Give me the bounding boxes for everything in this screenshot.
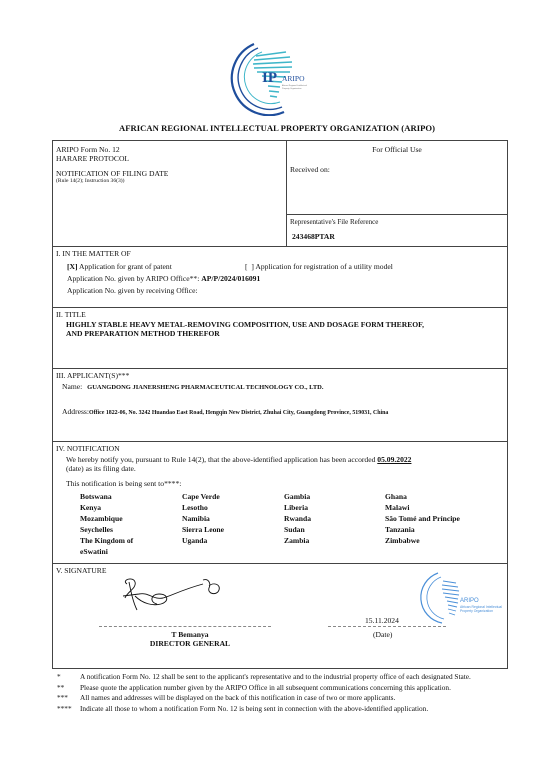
footnote-text: A notification Form No. 12 shall be sent…	[80, 672, 471, 681]
rep-ref-label: Representative's File Reference	[290, 218, 508, 227]
date-label: (Date)	[373, 630, 392, 639]
section-3-label: III. APPLICANT(S)***	[56, 371, 129, 380]
svg-text:African Regional Intellectual: African Regional Intellectual	[282, 84, 307, 87]
official-use-label: For Official Use	[287, 141, 507, 154]
section-1-label: I. IN THE MATTER OF	[56, 249, 131, 258]
rep-ref-value: 243468PTAR	[290, 232, 508, 241]
utility-option-label: Application for registration of a utilit…	[255, 262, 393, 271]
country: Sudan	[284, 524, 385, 535]
section-2-label: II. TITLE	[56, 310, 86, 319]
svg-text:ARIPO: ARIPO	[460, 598, 479, 604]
notification-form: ARIPO Form No. 12 HARARE PROTOCOL NOTIFI…	[52, 140, 508, 669]
section-signature: V. SIGNATURE T Bemanya DIRECTOR GENERAL …	[53, 563, 507, 669]
document-title: NOTIFICATION OF FILING DATE	[56, 169, 286, 178]
country: Namibia	[182, 513, 284, 524]
country: Cape Verde	[182, 491, 284, 502]
form-header-left: ARIPO Form No. 12 HARARE PROTOCOL NOTIFI…	[53, 141, 286, 246]
country: Seychelles	[80, 524, 182, 535]
country: Lesotho	[182, 502, 284, 513]
signature-date: 15.11.2024	[365, 616, 399, 625]
country: Botswana	[80, 491, 182, 502]
country: Gambia	[284, 491, 385, 502]
invention-title-line-1: HIGHLY STABLE HEAVY METAL-REMOVING COMPO…	[66, 320, 424, 329]
section-title: II. TITLE HIGHLY STABLE HEAVY METAL-REMO…	[53, 307, 507, 368]
notification-text: We hereby notify you, pursuant to Rule 1…	[66, 455, 375, 464]
footnote: ** Please quote the application number g…	[0, 683, 554, 693]
footnote-mark: **	[57, 683, 64, 693]
footnote-mark: ****	[57, 704, 72, 714]
aripo-logo-icon: IP ARIPO African Regional Intellectual P…	[224, 38, 324, 116]
invention-title-line-2: AND PREPARATION METHOD THEREFOR	[66, 329, 220, 338]
country: The Kingdom of eSwatini	[80, 535, 150, 557]
svg-text:IP: IP	[262, 70, 277, 86]
country: Zambia	[284, 535, 385, 557]
notification-text-end: (date) as its filing date.	[66, 464, 136, 473]
aripo-app-no-label: Application No. given by ARIPO Office**:	[67, 274, 199, 283]
patent-option-label: Application for grant of patent	[79, 262, 172, 271]
applicant-name-value: GUANGDONG JIANERSHENG PHARMACEUTICAL TEC…	[87, 384, 323, 391]
signature-line	[99, 626, 271, 627]
rule-reference: (Rule 14(2); Instruction 36(3))	[56, 178, 286, 184]
applicant-address-value: Office 1822-06, No. 3242 Huandao East Ro…	[89, 410, 388, 416]
footnote: **** Indicate all those to whom a notifi…	[0, 704, 554, 714]
filing-date: 05.09.2022	[377, 455, 411, 464]
patent-checkbox: [X]	[67, 262, 78, 271]
section-5-label: V. SIGNATURE	[56, 566, 107, 575]
svg-text:Property Organization: Property Organization	[460, 609, 493, 613]
country: Tanzania	[385, 524, 500, 535]
country: Uganda	[182, 535, 284, 557]
sent-to-label: This notification is being sent to****:	[66, 479, 181, 488]
signatory-title: DIRECTOR GENERAL	[135, 639, 245, 648]
country: Sierra Leone	[182, 524, 284, 535]
receiving-app-no-label: Application No. given by receiving Offic…	[67, 286, 198, 295]
designated-states-list: Botswana Cape Verde Gambia Ghana Kenya L…	[80, 491, 500, 557]
official-use-box: For Official Use Received on: Representa…	[286, 141, 507, 246]
signatory-name: T Bemanya	[135, 630, 245, 639]
aripo-stamp-icon: ARIPO African Regional Intellectual Prop…	[416, 569, 508, 627]
aripo-app-no-value: AP/P/2024/016091	[201, 274, 260, 283]
section-notification: IV. NOTIFICATION We hereby notify you, p…	[53, 441, 507, 563]
protocol: HARARE PROTOCOL	[56, 154, 286, 163]
org-title: AFRICAN REGIONAL INTELLECTUAL PROPERTY O…	[0, 123, 554, 133]
applicant-address-label: Address:	[62, 407, 89, 416]
country: São Tomé and Príncipe	[385, 513, 500, 524]
footnote-mark: *	[57, 672, 61, 682]
footnotes: * A notification Form No. 12 shall be se…	[0, 672, 554, 713]
signature-image	[119, 574, 239, 614]
country: Zimbabwe	[385, 535, 500, 557]
country: Malawi	[385, 502, 500, 513]
footnote-text: Indicate all those to whom a notificatio…	[80, 704, 428, 713]
footnote-text: Please quote the application number give…	[80, 683, 451, 692]
section-applicants: III. APPLICANT(S)*** Name: GUANGDONG JIA…	[53, 368, 507, 441]
footnote: *** All names and addresses will be disp…	[0, 693, 554, 703]
country: Ghana	[385, 491, 500, 502]
country: Liberia	[284, 502, 385, 513]
country: Mozambique	[80, 513, 182, 524]
country: Kenya	[80, 502, 182, 513]
section-in-the-matter-of: I. IN THE MATTER OF [X] Application for …	[53, 246, 507, 307]
country: Rwanda	[284, 513, 385, 524]
footnote-text: All names and addresses will be displaye…	[80, 693, 395, 702]
rep-ref-box: Representative's File Reference 243468PT…	[287, 214, 508, 246]
received-on-label: Received on:	[290, 165, 330, 174]
svg-text:ARIPO: ARIPO	[282, 74, 305, 83]
footnote-mark: ***	[57, 693, 68, 703]
footnote: * A notification Form No. 12 shall be se…	[0, 672, 554, 682]
svg-text:Property Organization: Property Organization	[282, 87, 301, 90]
form-number: ARIPO Form No. 12	[56, 145, 286, 154]
section-4-label: IV. NOTIFICATION	[56, 444, 120, 453]
applicant-name-label: Name:	[62, 382, 82, 391]
utility-checkbox: [ ]	[245, 262, 254, 271]
